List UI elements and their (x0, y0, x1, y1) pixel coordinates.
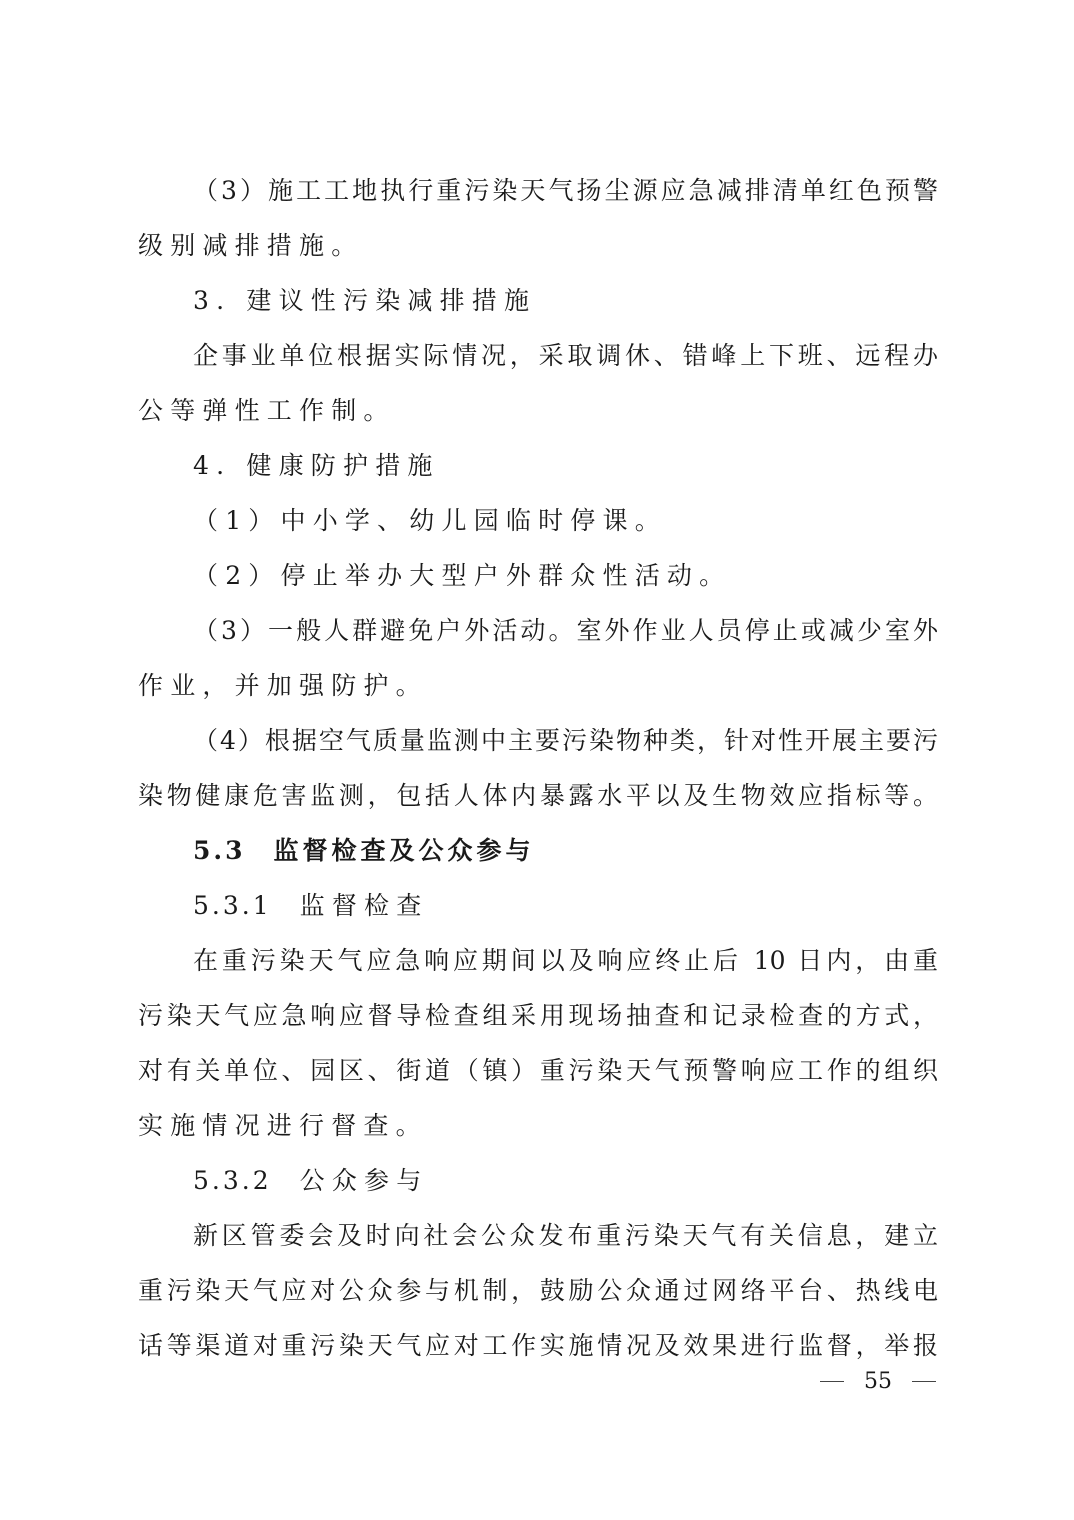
section-number: 5.3.2 (193, 1166, 272, 1195)
dash-left (820, 1381, 844, 1382)
section-title: 监督检查 (300, 891, 429, 920)
subheading: 3. 建议性污染减排措施 (193, 286, 938, 316)
list-item: （3）一般人群避免户外活动。室外作业人员停止或减少室外 (193, 616, 938, 646)
paragraph-line: 作业，并加强防护。 (138, 671, 938, 701)
paragraph-line: 公等弹性工作制。 (138, 396, 938, 426)
paragraph-line: 新区管委会及时向社会公众发布重污染天气有关信息，建立 (193, 1221, 938, 1251)
dash-right (912, 1381, 936, 1382)
paragraph-line: 染物健康危害监测，包括人体内暴露水平以及生物效应指标等。 (138, 781, 938, 811)
section-heading-5-3-2: 5.3.2公众参与 (193, 1166, 938, 1196)
list-item: （2）停止举办大型户外群众性活动。 (193, 561, 938, 591)
section-title: 监督检查及公众参与 (274, 836, 535, 865)
paragraph-line: 企事业单位根据实际情况，采取调休、错峰上下班、远程办 (193, 341, 938, 371)
section-number: 5.3.1 (193, 891, 272, 920)
paragraph-line: 在重污染天气应急响应期间以及响应终止后 10 日内，由重 (193, 946, 938, 976)
section-heading-5-3-1: 5.3.1监督检查 (193, 891, 938, 921)
paragraph-line: 重污染天气应对公众参与机制，鼓励公众通过网络平台、热线电 (138, 1276, 938, 1306)
page-footer: 55 (820, 1366, 936, 1396)
document-page: （3）施工工地执行重污染天气扬尘源应急减排清单红色预警 级别减排措施。 3. 建… (0, 0, 1074, 1520)
paragraph-line: 实施情况进行督查。 (138, 1111, 938, 1141)
paragraph-line: （3）施工工地执行重污染天气扬尘源应急减排清单红色预警 (193, 176, 938, 206)
page-number: 55 (864, 1369, 892, 1394)
list-item: （4）根据空气质量监测中主要污染物种类，针对性开展主要污 (193, 726, 938, 756)
list-item: （1）中小学、幼儿园临时停课。 (193, 506, 938, 536)
section-heading-5-3: 5.3监督检查及公众参与 (193, 836, 938, 866)
subheading: 4. 健康防护措施 (193, 451, 938, 481)
paragraph-line: 话等渠道对重污染天气应对工作实施情况及效果进行监督，举报 (138, 1331, 938, 1361)
section-title: 公众参与 (300, 1166, 429, 1195)
paragraph-line: 污染天气应急响应督导检查组采用现场抽查和记录检查的方式， (138, 1001, 938, 1031)
section-number: 5.3 (193, 836, 246, 865)
paragraph-line: 级别减排措施。 (138, 231, 938, 261)
paragraph-line: 对有关单位、园区、街道（镇）重污染天气预警响应工作的组织 (138, 1056, 938, 1086)
